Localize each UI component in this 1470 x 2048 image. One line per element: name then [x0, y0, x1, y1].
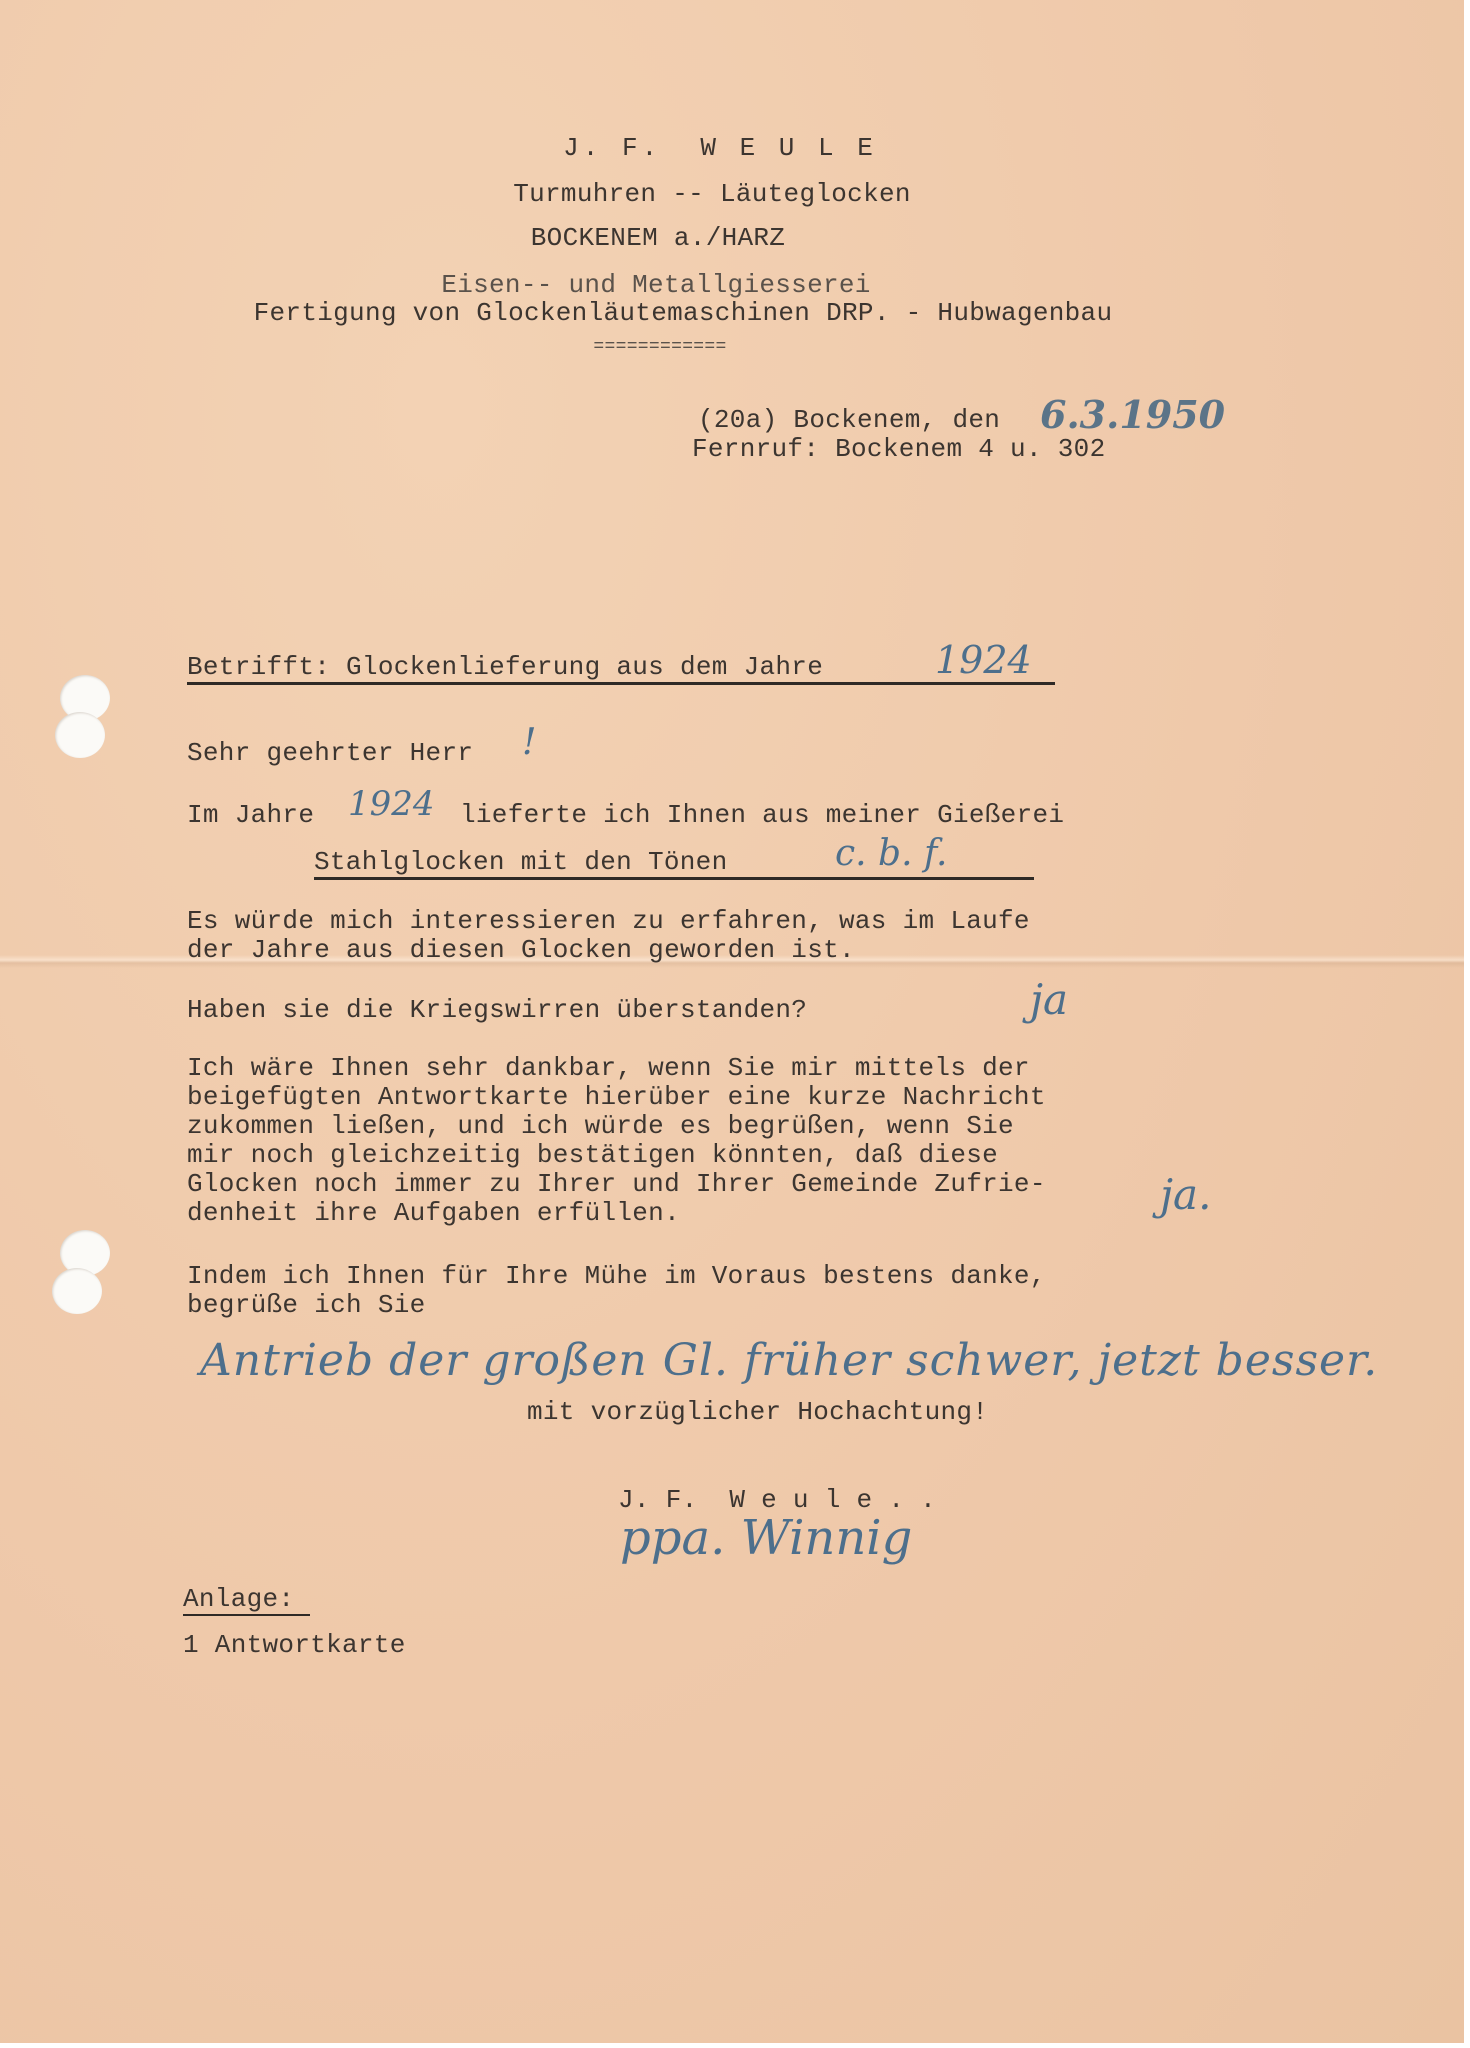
body-p4-line: denheit ihre Aufgaben erfüllen. — [187, 1198, 680, 1228]
salutation-mark: ! — [522, 722, 536, 763]
body-p4-line: mir noch gleichzeitig bestätigen könnten… — [187, 1140, 998, 1170]
salutation: Sehr geehrter Herr — [187, 738, 473, 768]
body-p4-line: Glocken noch immer zu Ihrer und Ihrer Ge… — [187, 1169, 1046, 1199]
body-p3-answer: ja — [1030, 975, 1068, 1024]
letter-page: J. F. W E U L E Turmuhren -- Läuteglocke… — [0, 0, 1464, 2043]
body-p5-line: Indem ich Ihnen für Ihre Mühe im Voraus … — [187, 1261, 1046, 1291]
body-p4-line: beigefügten Antwortkarte hierüber eine k… — [187, 1082, 1046, 1112]
letterhead-rule: ============ — [593, 332, 726, 362]
letterhead-company: J. F. W E U L E — [563, 133, 877, 163]
enclosure-item: 1 Antwortkarte — [183, 1630, 406, 1660]
dateline-date: 6.3.1950 — [1040, 392, 1225, 437]
body-p1-underline — [314, 877, 1034, 880]
closing-signature: ppa. Winnig — [620, 1510, 912, 1566]
body-p1-tones: c. b. f. — [835, 833, 947, 874]
letterhead-line2: BOCKENEM a./HARZ — [531, 223, 785, 253]
body-p1-year: 1924 — [348, 784, 435, 824]
punch-hole — [55, 712, 105, 758]
letterhead-line1: Turmuhren -- Läuteglocken — [513, 179, 911, 209]
letterhead-line3: Eisen-- und Metallgiesserei — [441, 270, 870, 300]
dateline-phone: Fernruf: Bockenem 4 u. 302 — [692, 434, 1105, 464]
body-p1-suffix: lieferte ich Ihnen aus meiner Gießerei — [460, 800, 1064, 830]
dateline-place: (20a) Bockenem, den — [698, 405, 1000, 435]
body-p4-answer: ja. — [1160, 1170, 1211, 1219]
body-p4-line: Ich wäre Ihnen sehr dankbar, wenn Sie mi… — [187, 1053, 1030, 1083]
handwritten-note: Antrieb der großen Gl. früher schwer, je… — [200, 1335, 1378, 1386]
body-p4-line: zukommen ließen, und ich würde es begrüß… — [187, 1111, 1014, 1141]
body-p2-line: der Jahre aus diesen Glocken geworden is… — [187, 935, 855, 965]
body-p1-prefix: Im Jahre — [187, 800, 314, 830]
enclosure-label: Anlage: — [183, 1584, 294, 1614]
body-p3: Haben sie die Kriegswirren überstanden? — [187, 995, 807, 1025]
subject-underline — [187, 682, 1055, 685]
body-p1-line2: Stahlglocken mit den Tönen — [314, 847, 727, 877]
punch-hole — [52, 1268, 102, 1314]
enclosure-underline — [183, 1614, 310, 1616]
subject-line: Betrifft: Glockenlieferung aus dem Jahre — [187, 652, 823, 682]
subject-year: 1924 — [935, 638, 1032, 682]
body-p2-line: Es würde mich interessieren zu erfahren,… — [187, 906, 1030, 936]
letterhead-line4: Fertigung von Glockenläutemaschinen DRP.… — [254, 298, 1113, 328]
body-p5-line: begrüße ich Sie — [187, 1290, 426, 1320]
closing-text: mit vorzüglicher Hochachtung! — [527, 1397, 988, 1427]
